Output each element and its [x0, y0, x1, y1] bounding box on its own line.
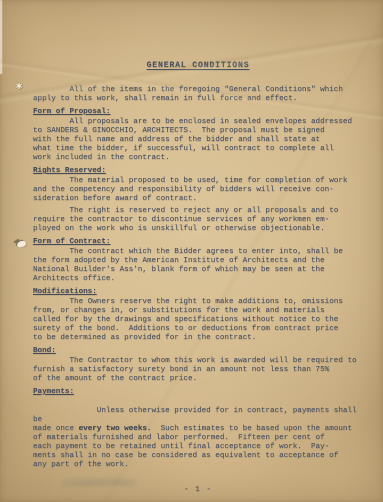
page-number: - 1 -	[33, 486, 363, 495]
payments-text-emphasis: every two weeks.	[79, 425, 152, 433]
paragraph-rights-reserved-2: The right is reserved to reject any or a…	[33, 207, 363, 234]
intro-paragraph: All of the items in the foregoing "Gener…	[33, 86, 363, 104]
paragraph-rights-reserved-1: The material proposed to be used, time f…	[33, 177, 363, 204]
paragraph-form-of-proposal: All proposals are to be enclosed in seal…	[33, 118, 363, 163]
section-heading-rights-reserved: Rights Reserved:	[33, 167, 363, 176]
page-title: GENERAL CONDITIONS	[33, 61, 363, 71]
paragraph-payments: Unless otherwise provided for in contrac…	[33, 398, 363, 479]
typewritten-text-block: GENERAL CONDITIONS All of the items in t…	[0, 0, 383, 495]
document-page: ✱ GENERAL CONDITIONS All of the items in…	[0, 0, 383, 502]
paragraph-form-of-contract: The contract which the Bidder agrees to …	[33, 248, 363, 284]
section-heading-form-of-proposal: Form of Proposal:	[33, 108, 363, 117]
section-heading-payments: Payments:	[33, 388, 363, 397]
paragraph-modifications: The Owners reserve the right to make add…	[33, 298, 363, 343]
section-heading-bond: Bond:	[33, 347, 363, 356]
section-heading-form-of-contract: Form of Contract:	[33, 238, 363, 247]
section-heading-modifications: Modifications:	[33, 288, 363, 297]
paragraph-bond: The Contractor to whom this work is awar…	[33, 357, 363, 384]
